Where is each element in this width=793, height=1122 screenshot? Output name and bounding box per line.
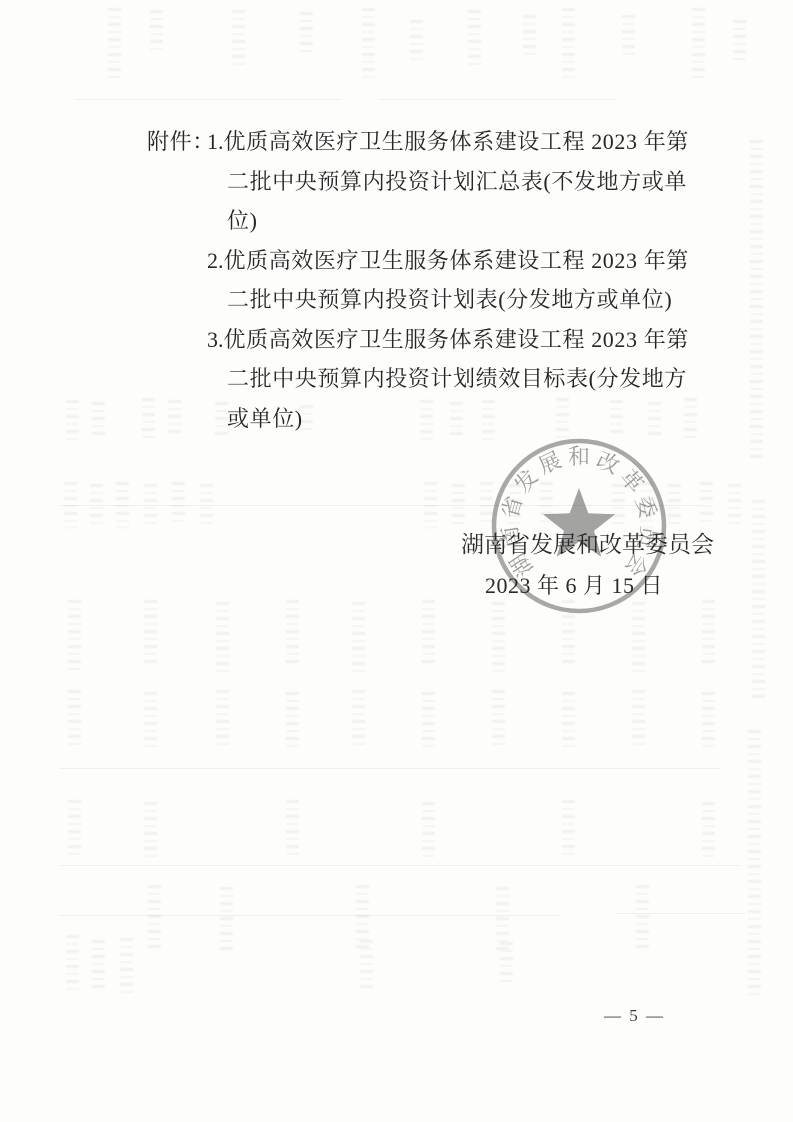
ghost-rule (60, 915, 560, 916)
ghost-mark (492, 690, 505, 746)
ghost-mark (352, 602, 365, 672)
ghost-mark (622, 15, 635, 60)
ghost-mark (702, 802, 715, 858)
ghost-mark (116, 482, 129, 528)
ghost-mark (216, 602, 229, 674)
ghost-mark (562, 8, 575, 78)
ghost-mark (232, 10, 245, 70)
ghost-rule (60, 865, 740, 866)
attachment-title: 优质高效医疗卫生服务体系建设工程 2023 年第二批中央预算内投资计划绩效目标表… (224, 327, 689, 431)
ghost-mark (144, 484, 157, 524)
ghost-mark (68, 800, 81, 860)
ghost-mark (700, 482, 713, 526)
ghost-mark (360, 940, 373, 988)
document-page: 附件： 1.优质高效医疗卫生服务体系建设工程 2023 年第二批中央预算内投资计… (0, 0, 793, 1122)
ghost-mark (144, 692, 157, 752)
ghost-mark (733, 20, 746, 60)
ghost-mark (64, 482, 77, 528)
ghost-mark (636, 885, 649, 953)
ghost-mark (68, 600, 81, 670)
ghost-rule (75, 99, 340, 100)
ghost-mark (148, 885, 161, 953)
ghost-mark (632, 690, 645, 748)
ghost-rule (60, 768, 720, 769)
attachment-item-3: 3.优质高效医疗卫生服务体系建设工程 2023 年第二批中央预算内投资计划绩效目… (207, 320, 709, 439)
ghost-mark (144, 600, 157, 666)
ghost-mark (562, 692, 575, 752)
ghost-mark (424, 482, 437, 528)
ghost-mark (144, 802, 157, 858)
ghost-mark (216, 690, 229, 746)
ghost-mark (422, 802, 435, 858)
attachment-title: 优质高效医疗卫生服务体系建设工程 2023 年第二批中央预算内投资计划汇总表(不… (224, 129, 689, 233)
ghost-mark (422, 692, 435, 752)
ghost-mark (92, 940, 105, 990)
attachment-title: 优质高效医疗卫生服务体系建设工程 2023 年第二批中央预算内投资计划表(分发地… (224, 248, 689, 313)
ghost-mark (220, 887, 233, 951)
ghost-mark (728, 484, 741, 524)
ghost-mark (496, 887, 509, 951)
ghost-rule (615, 913, 745, 914)
ghost-mark (362, 8, 375, 80)
ghost-mark (300, 12, 313, 57)
issue-date: 2023 年 6 月 15 日 (485, 569, 663, 600)
ghost-mark (523, 15, 536, 55)
ghost-mark (356, 885, 369, 953)
ghost-mark (66, 935, 79, 995)
ghost-mark (500, 942, 513, 986)
ghost-mark (562, 800, 575, 860)
ghost-mark (172, 482, 185, 526)
attachment-number: 3. (207, 327, 224, 352)
ghost-mark (748, 730, 761, 1000)
attachment-item-2: 2.优质高效医疗卫生服务体系建设工程 2023 年第二批中央预算内投资计划表(分… (207, 241, 709, 320)
ghost-mark (108, 8, 121, 78)
ghost-mark (702, 692, 715, 752)
issuer-name: 湖南省发展和改革委员会 (461, 526, 714, 559)
ghost-mark (410, 20, 423, 60)
ghost-mark (468, 10, 481, 70)
ghost-mark (68, 690, 81, 748)
seal-char: 委 (631, 493, 661, 521)
ghost-mark (692, 8, 705, 83)
ghost-mark (668, 484, 681, 524)
seal-char: 省 (497, 493, 527, 521)
ghost-mark (286, 800, 299, 860)
attachment-block: 附件： 1.优质高效医疗卫生服务体系建设工程 2023 年第二批中央预算内投资计… (0, 122, 793, 438)
ghost-mark (90, 484, 103, 526)
attachment-label: 附件： (147, 122, 215, 162)
ghost-mark (286, 600, 299, 668)
ghost-mark (150, 10, 163, 50)
ghost-mark (352, 690, 365, 748)
ghost-mark (702, 600, 715, 666)
attachment-number: 2. (207, 248, 224, 273)
page-number: — 5 — (604, 1006, 665, 1026)
ghost-mark (286, 692, 299, 752)
seal-char: 和 (568, 444, 590, 469)
ghost-rule (380, 99, 615, 100)
ghost-mark (200, 484, 213, 524)
attachment-items: 1.优质高效医疗卫生服务体系建设工程 2023 年第二批中央预算内投资计划汇总表… (207, 122, 709, 438)
ghost-mark (452, 484, 465, 526)
ghost-mark (422, 600, 435, 666)
ghost-mark (120, 938, 133, 993)
ghost-mark (752, 500, 765, 700)
attachment-item-1: 1.优质高效医疗卫生服务体系建设工程 2023 年第二批中央预算内投资计划汇总表… (207, 122, 709, 241)
